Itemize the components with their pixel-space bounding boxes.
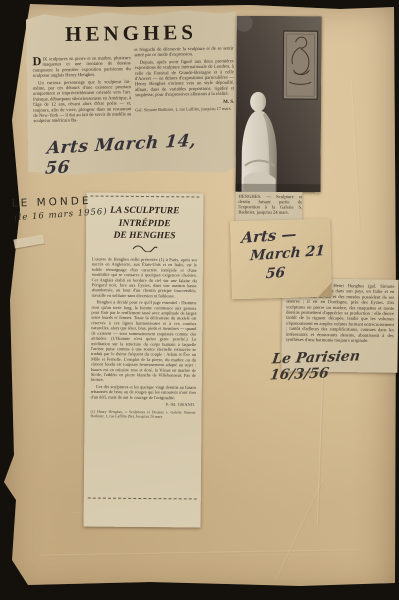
headline-line: INTRÉPIDE xyxy=(86,217,203,231)
article-paragraph: DIX sculptures en pierre et en marbre, p… xyxy=(32,55,130,78)
scrapbook-page: HENGHES DIX sculptures en pierre et en m… xyxy=(0,0,399,600)
sculpture-photo-image xyxy=(236,16,322,193)
paper-crease xyxy=(276,475,326,580)
author-initials: M. S. xyxy=(135,98,234,105)
paper-crease xyxy=(351,80,361,230)
photo-frame xyxy=(236,16,322,193)
clipping-headline: HENGHES xyxy=(26,19,236,47)
article-paragraph: et Noguchi de découvrir la sculpture et … xyxy=(134,45,233,57)
headline-line: DE HENGHES xyxy=(86,229,203,243)
article-paragraph: Ces dix sculptures et les quelque vingt … xyxy=(91,384,196,400)
annotation-arts-march21: Arts — March 21 56 xyxy=(238,223,327,286)
article-paragraph: Depuis, après avoir figuré aux deux prem… xyxy=(134,58,234,98)
drop-cap: D xyxy=(32,56,41,65)
annotation-parisien: Le Parisien 16/3/56 xyxy=(269,346,399,383)
clipping-le-monde: LA SCULPTURE INTRÉPIDE DE HENGHES L'œuvr… xyxy=(84,192,204,527)
squiggle-ornament xyxy=(131,245,157,252)
article-paragraph: L'œuvre de Henghes enfin présentée (1) à… xyxy=(92,257,197,299)
article-paragraph: Un curieux personnage que le sculpteur l… xyxy=(33,79,132,124)
photo-caption-text: HENGHES. — Sculpture et dessin faisant p… xyxy=(238,194,302,215)
article-paragraph: Henghes a décidé pour ce qu'il juge esse… xyxy=(91,300,197,384)
paper-crease xyxy=(40,549,360,557)
clipping-photo: HENGHES. — Sculpture et dessin faisant p… xyxy=(235,16,321,229)
article-footnote: (1) Henry Henghes, « Sculptures et Dessi… xyxy=(90,409,195,419)
author-signature: P.-M. Grand. xyxy=(91,401,196,407)
article-body: L'œuvre de Henghes enfin présentée (1) à… xyxy=(89,257,197,552)
article-text: IX sculptures en pierre et en marbre, pl… xyxy=(33,55,131,78)
annotation-le-monde: LE MONDE (le 16 mars 1956) xyxy=(12,194,108,221)
gallery-credit: Gal. Simone Badinier, 1, rue Laffitte, j… xyxy=(135,106,234,113)
